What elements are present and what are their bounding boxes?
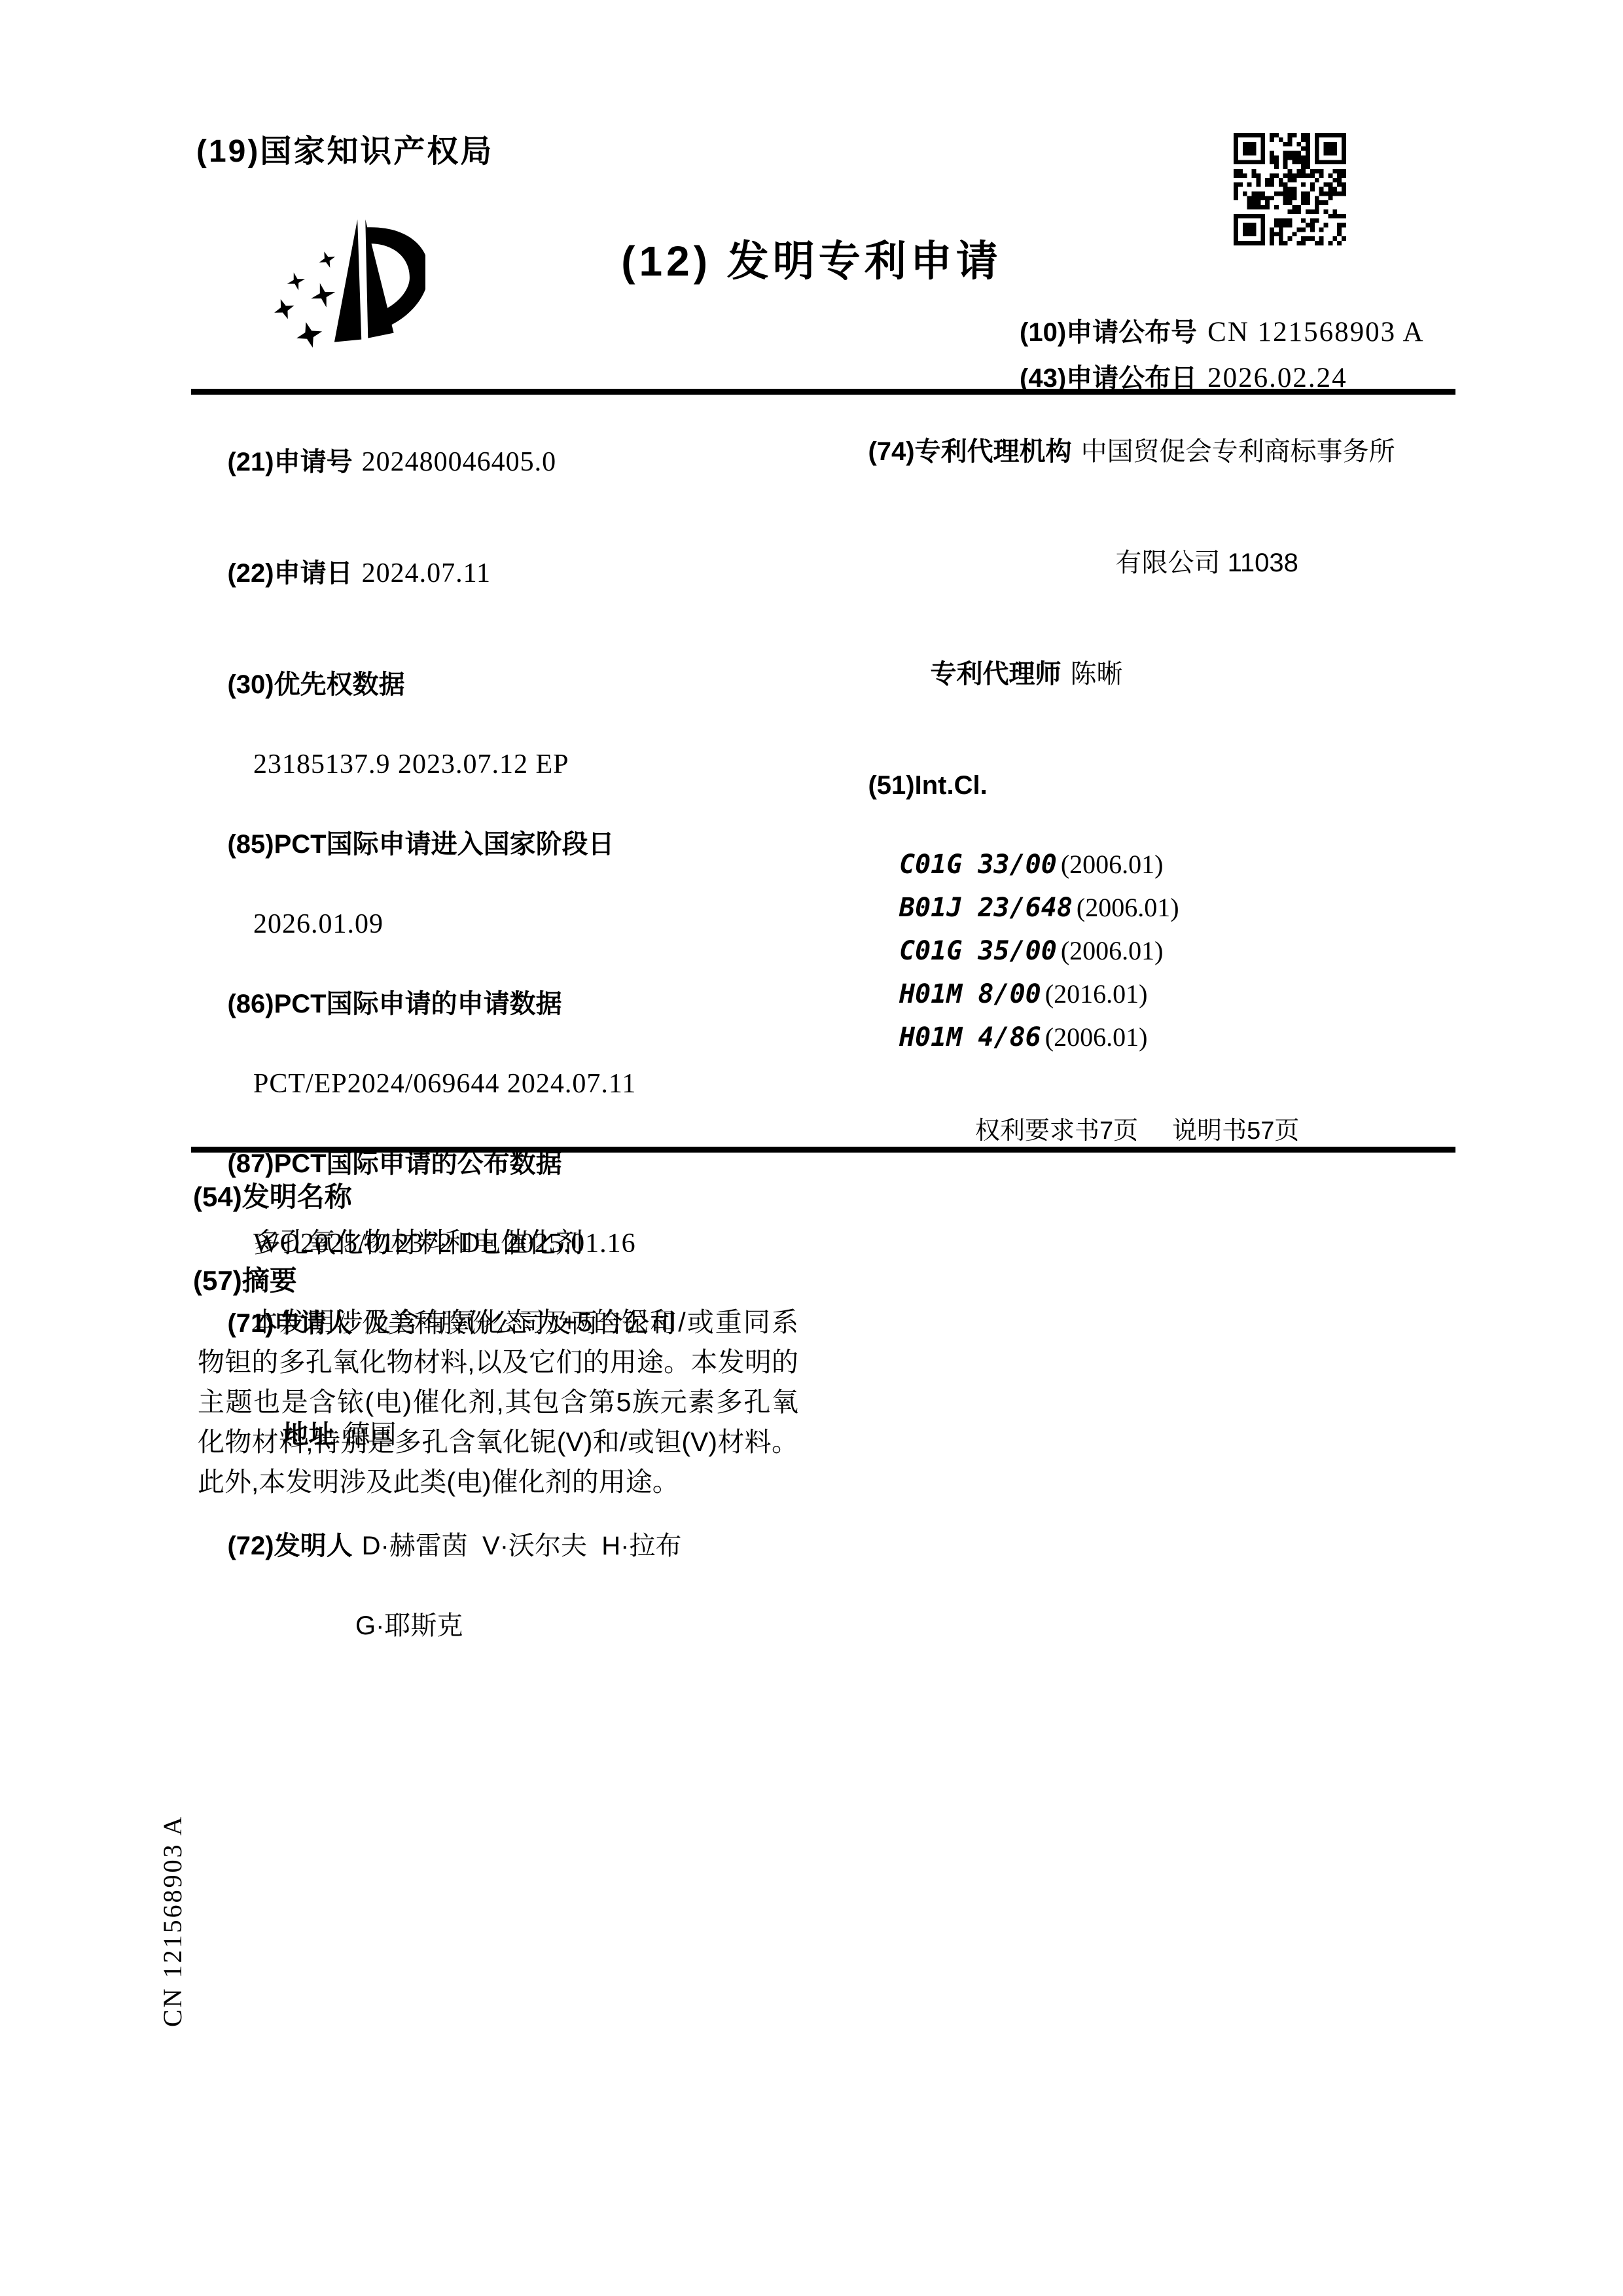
invention-title: 多孔氧化物材料和电催化剂 (253, 1228, 583, 1258)
abstract-section-label-row: (57)摘要 (193, 1259, 297, 1299)
agency-value-2-text: 有限公司 11038 (1115, 548, 1298, 577)
invention-title-label: (54)发明名称 (193, 1175, 583, 1215)
agent-value: 陈晰 (1070, 660, 1122, 689)
horizontal-rule-top (191, 389, 1455, 395)
publication-number-label: (10)申请公布号 (1020, 318, 1197, 347)
horizontal-rule-middle (191, 1147, 1455, 1153)
side-publication-number: CN 121568903 A (157, 1823, 186, 2027)
application-date-row: (22)申请日2024.07.11 (198, 526, 859, 620)
priority-data-row: (30)优先权数据 (198, 637, 859, 732)
bibliographic-right-column: (74)专利代理机构中国贸促会专利商标事务所 有限公司 11038 专利代理师陈… (839, 404, 1467, 1066)
agency-value: 中国贸促会专利商标事务所 (1081, 437, 1395, 466)
invention-title-section: (54)发明名称 多孔氧化物材料和电催化剂 (193, 1175, 583, 1258)
int-cl-code: H01M 4/86 (899, 1022, 1041, 1052)
agency-label: (74)专利代理机构 (868, 437, 1071, 466)
int-cl-code: C01G 35/00 (899, 936, 1057, 966)
application-number-value: 202480046405.0 (362, 447, 557, 477)
inventors-label: (72)发明人 (227, 1532, 352, 1560)
inventors-value-2: G·耶斯克 (355, 1610, 859, 1641)
pct-national-entry-value: 2026.01.09 (253, 908, 859, 940)
priority-data-value: 23185137.9 2023.07.12 EP (253, 749, 859, 780)
int-cl-entry: C01G 33/00(2006.01) (899, 850, 1467, 880)
int-cl-code: C01G 33/00 (899, 850, 1057, 880)
pct-national-entry-label: (85)PCT国际申请进入国家阶段日 (227, 830, 614, 859)
pct-application-label: (86)PCT国际申请的申请数据 (227, 990, 562, 1018)
description-pages: 说明书57页 (1172, 1117, 1299, 1145)
application-date-label: (22)申请日 (227, 559, 352, 588)
application-number-row: (21)申请号202480046405.0 (198, 415, 859, 509)
abstract-text: 本发明涉及含有氧化态为+5的铌和/或重同系物钽的多孔氧化物材料,以及它们的用途。… (198, 1302, 798, 1502)
int-cl-entry: B01J 23/648(2006.01) (899, 893, 1467, 923)
pct-publication-label: (87)PCT国际申请的公布数据 (227, 1149, 562, 1178)
int-cl-year: (2006.01) (1077, 893, 1179, 922)
int-cl-label: (51)Int.Cl. (868, 771, 987, 800)
abstract-label: (57)摘要 (193, 1265, 297, 1296)
qr-code-graphic (1234, 133, 1346, 245)
application-date-value: 2024.07.11 (362, 558, 491, 588)
agency-row: (74)专利代理机构中国贸促会专利商标事务所 (839, 404, 1467, 499)
int-cl-year: (2006.01) (1061, 850, 1164, 879)
pct-application-value: PCT/EP2024/069644 2024.07.11 (253, 1068, 859, 1100)
pct-national-entry-row: (85)PCT国际申请进入国家阶段日 (198, 797, 859, 891)
inventors-value: D·赫雷茵 V·沃尔夫 H·拉布 (362, 1532, 682, 1560)
int-cl-code: B01J 23/648 (899, 893, 1073, 923)
pct-application-row: (86)PCT国际申请的申请数据 (198, 957, 859, 1051)
int-cl-year: (2006.01) (1045, 1022, 1148, 1052)
document-type-title: (12) 发明专利申请 (0, 228, 1623, 288)
patent-front-page: { "header": { "office": "(19)国家知识产权局", "… (0, 0, 1623, 2296)
int-cl-year: (2016.01) (1045, 979, 1148, 1009)
int-cl-entry: H01M 4/86(2006.01) (899, 1022, 1467, 1052)
inventors-row: (72)发明人D·赫雷茵 V·沃尔夫 H·拉布 (198, 1499, 859, 1593)
publication-number-value: CN 121568903 A (1207, 317, 1424, 348)
priority-data-label: (30)优先权数据 (227, 670, 404, 699)
int-cl-year: (2006.01) (1061, 936, 1164, 965)
claims-pages: 权利要求书7页 (975, 1117, 1138, 1145)
agent-row: 专利代理师陈晰 (901, 627, 1467, 721)
int-cl-header-row: (51)Int.Cl. (839, 738, 1467, 833)
pages-note: 权利要求书7页说明书57页 (975, 1110, 1333, 1146)
int-cl-entry: H01M 8/00(2016.01) (899, 979, 1467, 1009)
publication-number-line: (10)申请公布号CN 121568903 A (1020, 312, 1425, 349)
agency-value-2: 有限公司 11038 (1086, 516, 1467, 610)
int-cl-entry: C01G 35/00(2006.01) (899, 936, 1467, 966)
issuing-office: (19)国家知识产权局 (196, 126, 493, 171)
agent-label: 专利代理师 (930, 660, 1061, 689)
int-cl-code: H01M 8/00 (899, 979, 1041, 1009)
qr-code (1234, 133, 1346, 245)
application-number-label: (21)申请号 (227, 448, 352, 476)
